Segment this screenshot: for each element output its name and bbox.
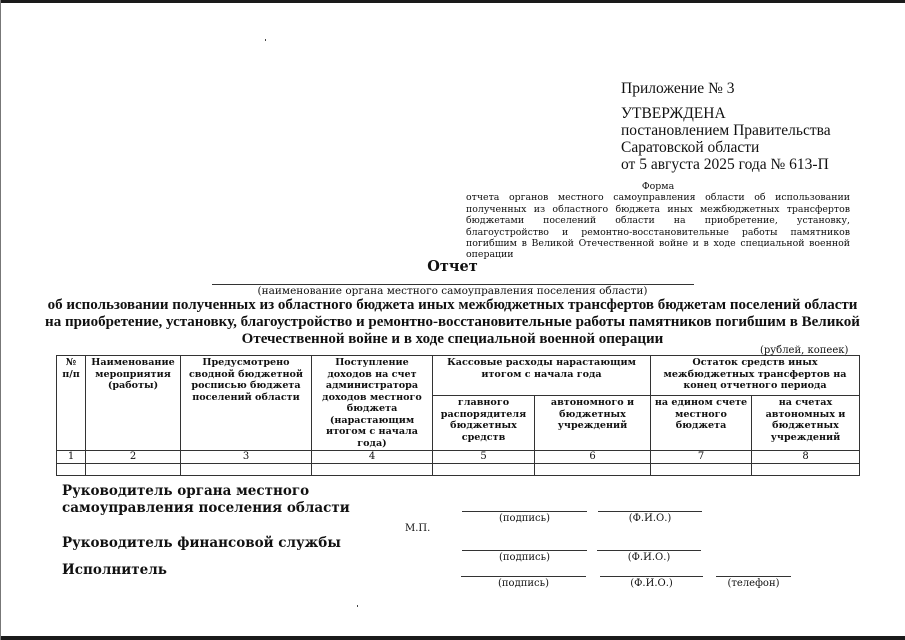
report-subtitle: об использовании полученных из областног…: [40, 297, 865, 348]
finance-name-line[interactable]: [597, 550, 701, 551]
head-label-line: самоуправления поселения области: [62, 500, 350, 517]
head-name-line[interactable]: [598, 511, 702, 512]
column-number: 6: [535, 451, 651, 464]
column-number: 2: [86, 451, 181, 464]
executor-phone-line[interactable]: [716, 576, 791, 577]
approval-line: Саратовской области: [621, 139, 831, 156]
name-caption: (Ф.И.О.): [600, 578, 703, 589]
table-cell[interactable]: [651, 464, 752, 476]
table-cell[interactable]: [86, 464, 181, 476]
approval-block: Приложение № 3 УТВЕРЖДЕНА постановлением…: [621, 80, 831, 173]
head-signature-line[interactable]: [462, 511, 587, 512]
header-balance-group: Остаток средств иных межбюджетных трансф…: [651, 356, 860, 396]
name-caption: (Ф.И.О.): [598, 513, 702, 524]
column-number: 7: [651, 451, 752, 464]
signature-caption: (подпись): [461, 578, 586, 589]
header-revenue-received: Поступление доходов на счет администрато…: [312, 356, 433, 451]
name-caption: (Ф.И.О.): [597, 552, 701, 563]
table-cell[interactable]: [433, 464, 535, 476]
table-row: [57, 464, 860, 476]
column-number: 1: [57, 451, 86, 464]
report-title: Отчет: [0, 258, 905, 275]
approval-line: постановлением Правительства: [621, 122, 831, 139]
executor-label: Исполнитель: [62, 562, 167, 579]
header-cash-expenses-group: Кассовые расходы нарастающим итогом с на…: [433, 356, 651, 396]
finance-signature-label: Руководитель финансовой службы: [62, 535, 341, 552]
column-number: 3: [181, 451, 312, 464]
signature-caption: (подпись): [462, 552, 587, 563]
table-header-row: № п/п Наименование мероприятия (работы) …: [57, 356, 860, 396]
scan-speck: [357, 605, 358, 607]
head-signature-label: Руководитель органа местного самоуправле…: [62, 483, 350, 517]
report-table: № п/п Наименование мероприятия (работы) …: [56, 355, 860, 476]
header-single-account: на едином счете местного бюджета: [651, 396, 752, 451]
header-number: № п/п: [57, 356, 86, 451]
phone-caption: (телефон): [716, 578, 791, 589]
executor-signature-line[interactable]: [461, 576, 586, 577]
head-label-line: Руководитель органа местного: [62, 483, 350, 500]
header-institution-accounts: на счетах автономных и бюджетных учрежде…: [752, 396, 860, 451]
approval-line: от 5 августа 2025 года № 613-П: [621, 156, 831, 173]
scan-border-bottom: [0, 636, 905, 640]
scan-border-top: [0, 0, 905, 3]
finance-signature-line[interactable]: [462, 550, 587, 551]
table-cell[interactable]: [752, 464, 860, 476]
scan-speck: [265, 39, 266, 41]
form-note: Форма отчета органов местного самоуправл…: [466, 181, 850, 261]
column-number: 5: [433, 451, 535, 464]
org-name-caption: (наименование органа местного самоуправл…: [0, 285, 905, 297]
header-chief-administrator: главного распорядителя бюджетных средств: [433, 396, 535, 451]
form-label: Форма: [466, 181, 850, 192]
form-description: отчета органов местного самоуправления о…: [466, 192, 850, 260]
signature-caption: (подпись): [462, 513, 587, 524]
table-cell[interactable]: [57, 464, 86, 476]
header-planned-budget: Предусмотрено сводной бюджетной росписью…: [181, 356, 312, 451]
appendix-number: Приложение № 3: [621, 80, 831, 97]
table-cell[interactable]: [181, 464, 312, 476]
column-number: 8: [752, 451, 860, 464]
approved-stamp: УТВЕРЖДЕНА: [621, 105, 831, 122]
table-cell[interactable]: [535, 464, 651, 476]
column-number: 4: [312, 451, 433, 464]
column-number-row: 1 2 3 4 5 6 7 8: [57, 451, 860, 464]
executor-name-line[interactable]: [600, 576, 703, 577]
stamp-placeholder: М.П.: [405, 523, 430, 534]
scan-border-left: [0, 0, 1, 640]
header-activity-name: Наименование мероприятия (работы): [86, 356, 181, 451]
header-autonomous-institutions: автономного и бюджетных учреждений: [535, 396, 651, 451]
table-cell[interactable]: [312, 464, 433, 476]
